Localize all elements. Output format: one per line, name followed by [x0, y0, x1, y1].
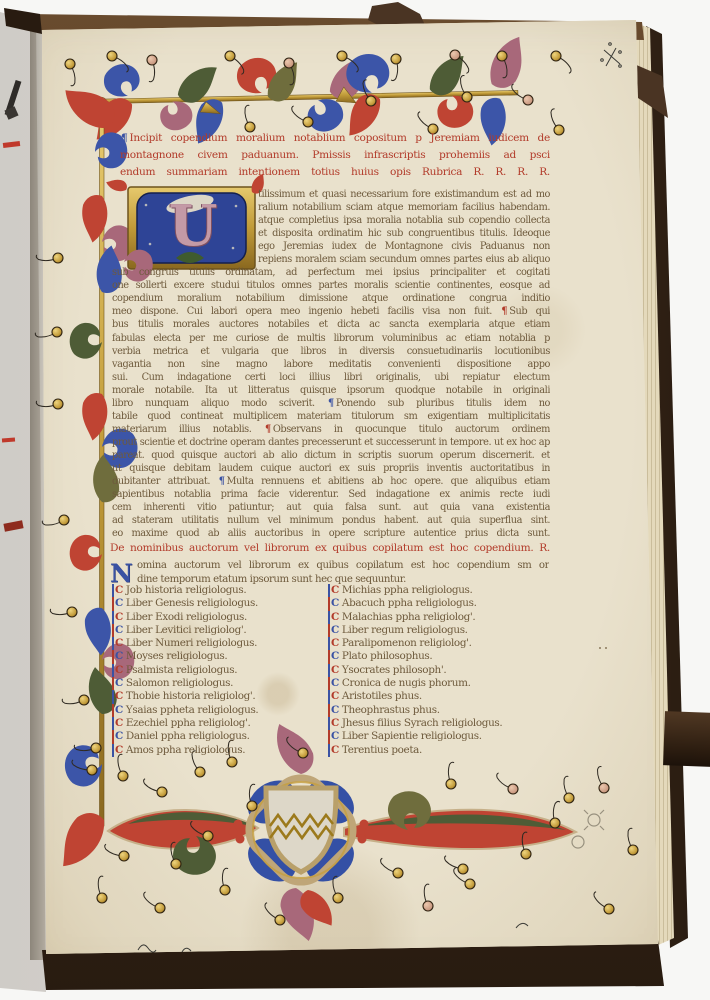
body-text-line: eo maxime quod ab aliis auctoribus in op… [112, 527, 550, 540]
body-text-line: vagantia non sine magno labore meditatis… [112, 358, 550, 371]
author-item: CJhesus filius Syrach religiologus. [328, 717, 554, 730]
body-text-line: ad stateram utilitatis nullum vel minimu… [112, 514, 550, 527]
intro-block: omina auctorum vel librorum ex quibus co… [137, 559, 549, 586]
body-text-line: prout scientie et doctrine operam dantes… [112, 436, 550, 449]
paragraph-mark: C [112, 717, 123, 730]
body-text-block: tilissimum et quasi necessarium fore exi… [112, 188, 550, 540]
author-item: CLiber Genesis religiologus. [112, 597, 324, 610]
body-text-line: verbia metrica et vulgaria que libros in… [112, 345, 550, 358]
rubric-line: ¶Incipit copendium moralium notablium co… [120, 130, 550, 147]
author-item: CYsocrates philosoph'. [328, 664, 554, 677]
paragraph-mark: C [112, 730, 123, 743]
body-text-line: morale notabile. Ita ut litteratus quisq… [112, 384, 550, 397]
body-text-line: repiens moralem sciam secundum omnes par… [258, 253, 550, 266]
author-item: CJob historia religiologus. [112, 584, 324, 597]
author-item: CAmos ppha religiologus. [112, 744, 324, 757]
paragraph-mark: C [328, 690, 339, 703]
body-text-line: tabile quod contineat multiplicem materi… [112, 410, 550, 423]
rubric-block: ¶Incipit copendium moralium notablium co… [120, 130, 550, 180]
body-text-line: sub congruis titulis ordinatam, ad perfe… [112, 266, 550, 279]
authors-list-right: CMichias ppha religiologus.CAbacuch ppha… [328, 584, 554, 757]
author-item: CMalachias ppha religiolog'. [328, 611, 554, 624]
author-item: CPsalmista religiologus. [112, 664, 324, 677]
photograph-backdrop: ¶Incipit copendium moralium notablium co… [0, 0, 710, 1000]
body-text-line: cem inherenti vitio patiuntur; aut quia … [112, 501, 550, 514]
paragraph-mark: C [112, 584, 123, 597]
paragraph-mark: C [112, 744, 123, 757]
pilcrow-mark: ¶ [500, 306, 509, 317]
paragraph-mark: C [112, 664, 123, 677]
author-item: CLiber Numeri religiologus. [112, 637, 324, 650]
body-text-line: meo dispone. Cui labori opera meo ingeni… [112, 305, 550, 318]
body-text-line: libro nunquam aliquo modo sciverit. ¶Pon… [112, 397, 550, 410]
paragraph-mark: C [328, 624, 339, 637]
pilcrow-mark: ¶ [264, 424, 273, 435]
author-item: CDaniel ppha religiologus. [112, 730, 324, 743]
body-text-line: copendium moralium notabilium dimissione… [112, 292, 550, 305]
body-text-line: materiarum illius notablis. ¶Observans i… [112, 423, 550, 436]
author-item: CLiber Levitici religiolog'. [112, 624, 324, 637]
pilcrow-mark: ¶ [218, 476, 227, 487]
book-clasp-strap [663, 711, 710, 767]
author-item: CLiber Exodi religiologus. [112, 611, 324, 624]
intro-line: omina auctorum vel librorum ex quibus co… [137, 559, 549, 573]
body-text-line: dubitanter attribuat. ¶Multa rennuens et… [112, 475, 550, 488]
paragraph-mark: C [328, 584, 339, 597]
paragraph-mark: C [328, 650, 339, 663]
body-text-line: tilissimum et quasi necessarium fore exi… [258, 188, 550, 201]
paragraph-mark: C [112, 597, 123, 610]
paragraph-mark: C [328, 717, 339, 730]
author-item: CThobie historia religiolog'. [112, 690, 324, 703]
paragraph-mark: C [112, 637, 123, 650]
section-heading: De nominibus auctorum vel librorum ex qu… [110, 541, 550, 556]
author-item: CLiber regum religiologus. [328, 624, 554, 637]
author-item: CMoyses religiologus. [112, 650, 324, 663]
paragraph-mark: C [328, 730, 339, 743]
body-text-line: bus titulis morales auctores notabiles e… [112, 318, 550, 331]
rubric-line: montagnone civem paduanum. Pmissis infra… [120, 147, 550, 164]
paragraph-mark: C [328, 664, 339, 677]
author-item: CSalomon religiologus. [112, 677, 324, 690]
paragraph-mark: C [328, 704, 339, 717]
paragraph-mark: C [112, 624, 123, 637]
paragraph-mark: C [112, 690, 123, 703]
paragraph-mark: C [328, 744, 339, 757]
author-item: CPlato philosophus. [328, 650, 554, 663]
paragraph-mark: C [328, 597, 339, 610]
rubric-line: endum summariam intentionem totius huius… [120, 164, 550, 181]
author-item: CEzechiel ppha religiolog'. [112, 717, 324, 730]
paragraph-mark: C [328, 677, 339, 690]
paragraph-mark: C [328, 637, 339, 650]
body-text-line: ego Jeremias iudex de Montagnone civis P… [258, 240, 550, 253]
paragraph-mark: C [328, 611, 339, 624]
paragraph-mark: C [112, 650, 123, 663]
pilcrow-mark: ¶ [327, 398, 336, 409]
body-text-line: sui. Cum indagatione certi loci illius l… [112, 371, 550, 384]
author-item: CParalipomenon religiolog'. [328, 637, 554, 650]
author-item: CLiber Sapientie religiologus. [328, 730, 554, 743]
author-item: CYsaias ppheta religiologus. [112, 704, 324, 717]
author-item: CAristotiles phus. [328, 690, 554, 703]
authors-list-left: CJob historia religiologus.CLiber Genesi… [112, 584, 324, 757]
body-text-line: fabulas electa per me curiose de multis … [112, 332, 550, 345]
body-text-line: ralium notabilium sciam atque memoriam f… [258, 201, 550, 214]
author-item: CTerentius poeta. [328, 744, 554, 757]
pilcrow-mark: ¶ [120, 132, 129, 144]
author-item: CCronica de nugis phorum. [328, 677, 554, 690]
author-item: CTheophrastus phus. [328, 704, 554, 717]
paragraph-mark: C [112, 677, 123, 690]
body-text-line: ut quisque debitam laudem cuique auctori… [112, 462, 550, 475]
intro-initial: N [110, 560, 133, 587]
body-text-line: atque completius ipsa moralia notablia s… [258, 214, 550, 227]
body-text-line: one sollerti excere studui titulos omnes… [112, 279, 550, 292]
paragraph-mark: C [112, 704, 123, 717]
body-text-line: et disposita ordinatim hic sub congruent… [258, 227, 550, 240]
body-text-line: pareat. quod quisque auctori ab alio dic… [112, 449, 550, 462]
body-text-line: sapientibus notablia prima facie videren… [112, 488, 550, 501]
author-item: CMichias ppha religiologus. [328, 584, 554, 597]
paragraph-mark: C [112, 611, 123, 624]
author-item: CAbacuch ppha religiologus. [328, 597, 554, 610]
